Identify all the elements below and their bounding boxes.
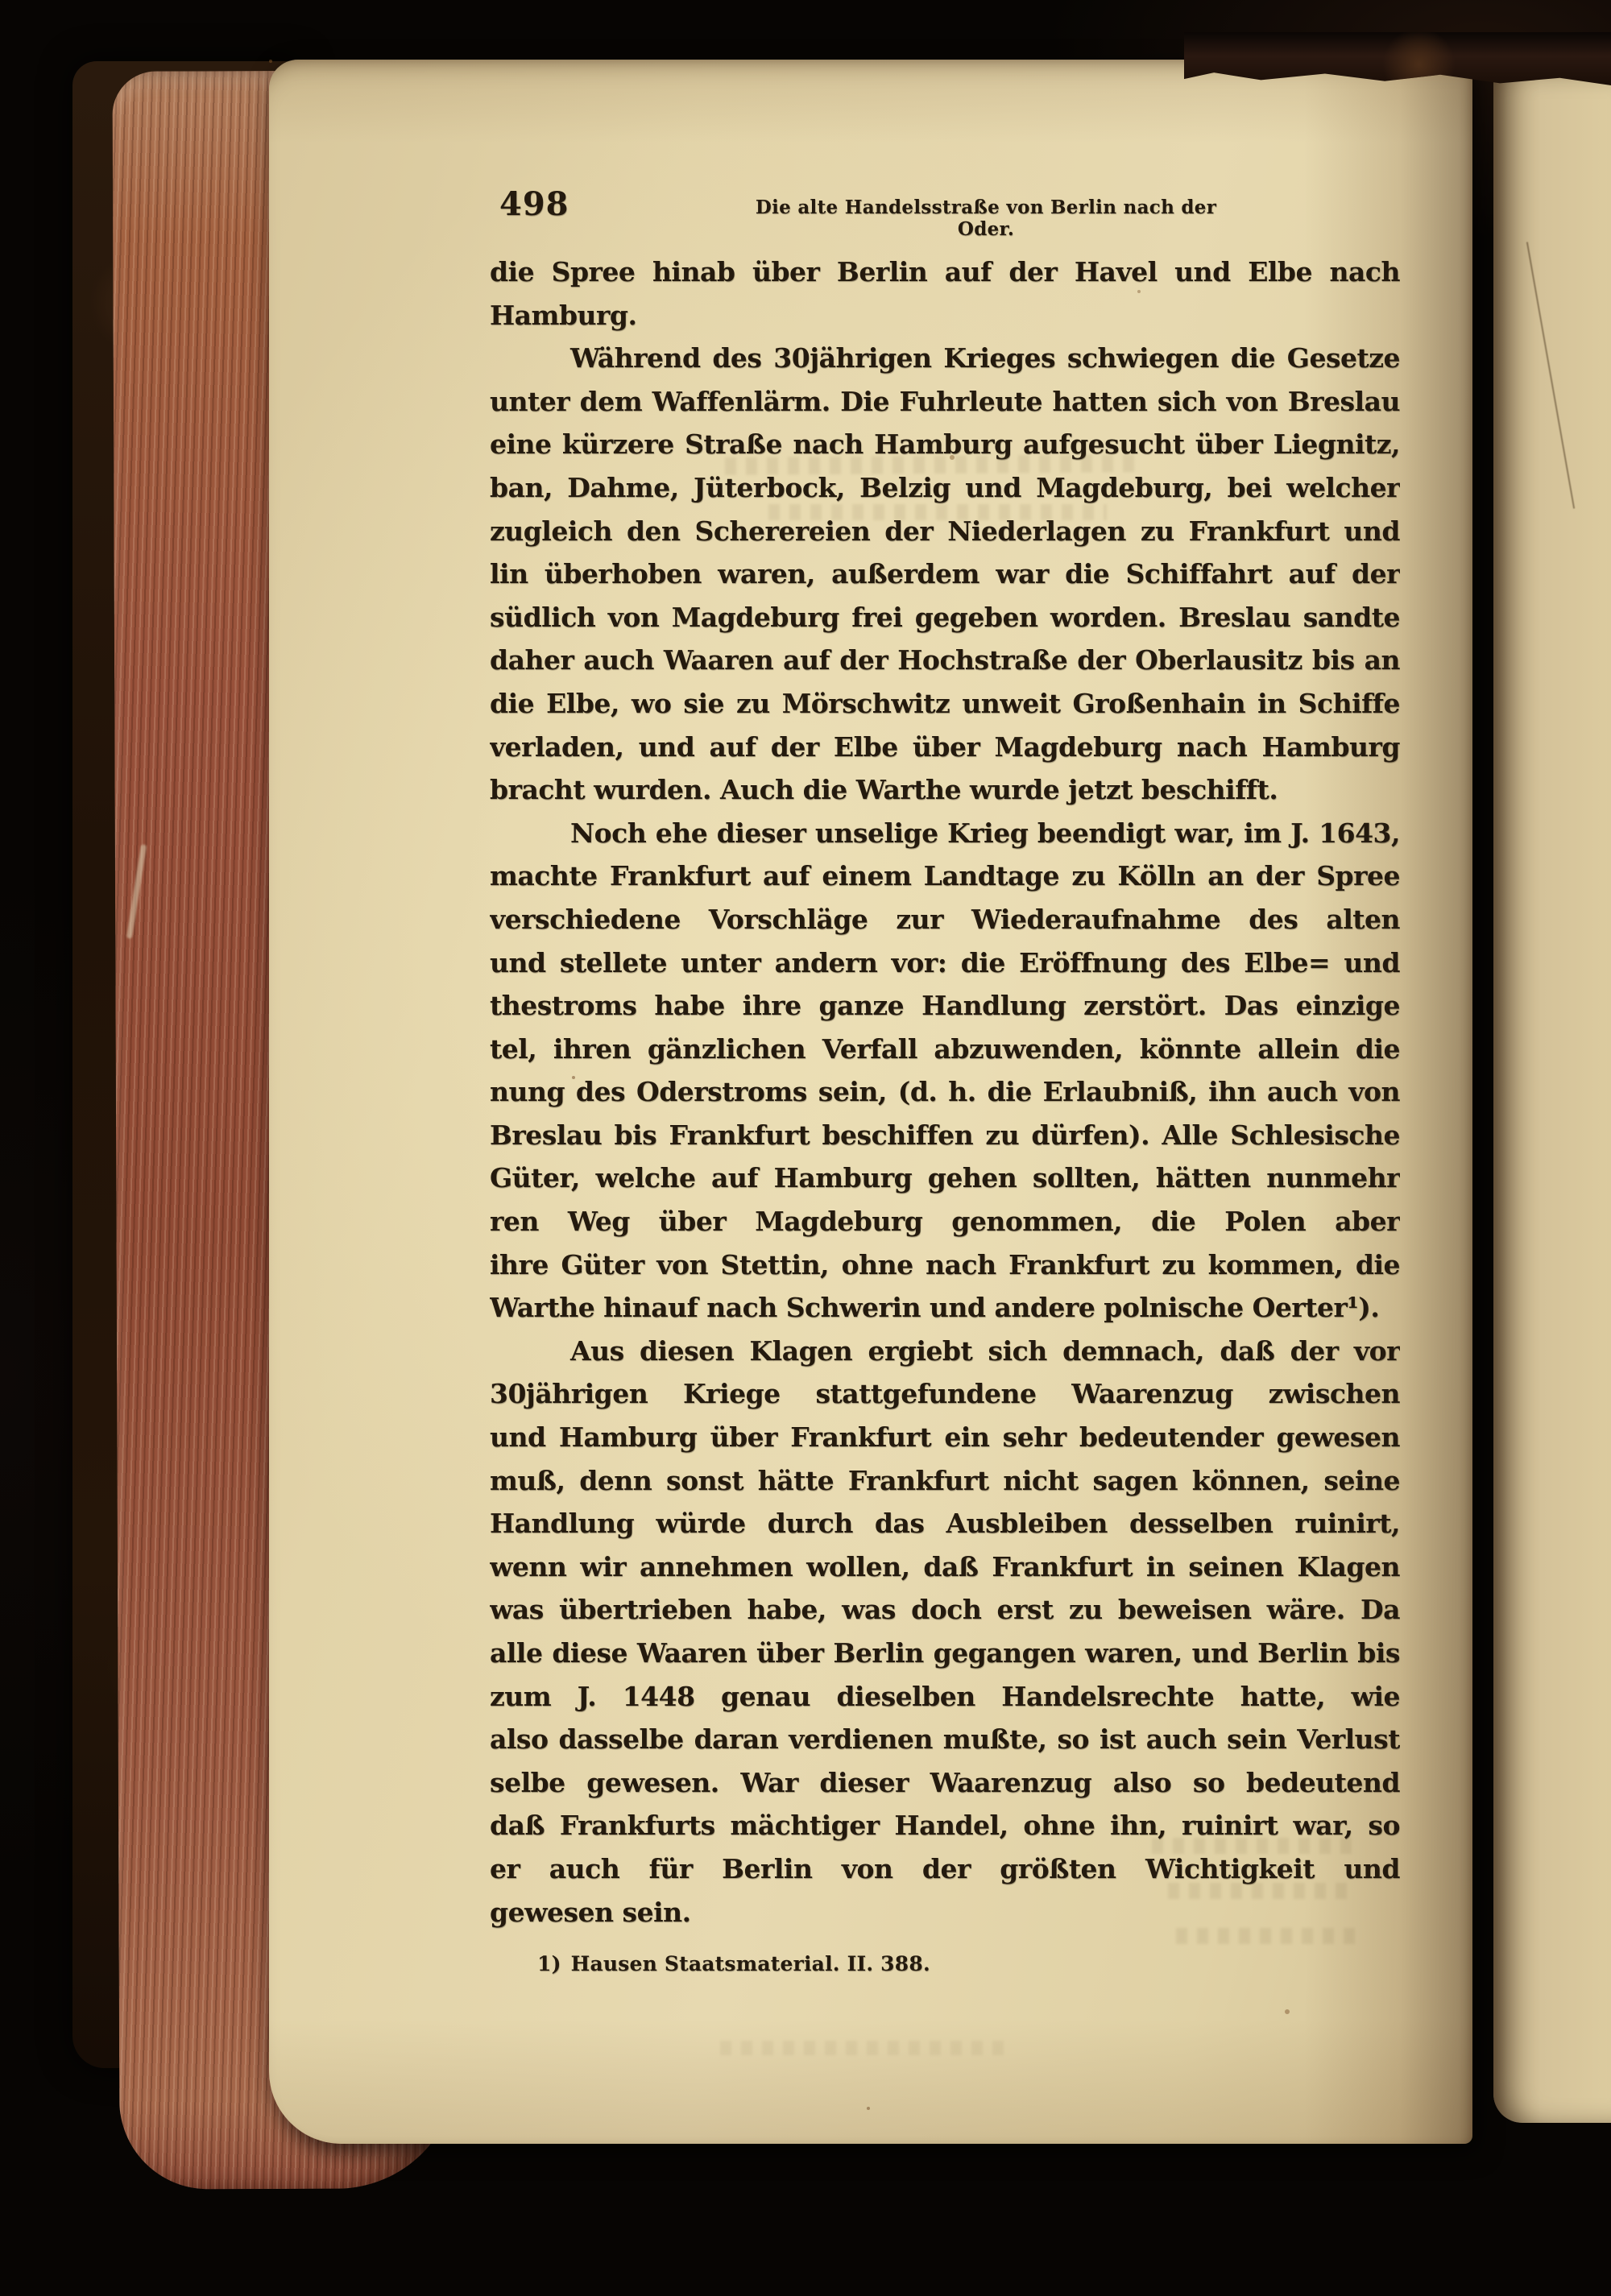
- text-line: also dasselbe daran verdienen mußte, so …: [490, 1718, 1400, 1761]
- footnote: 1)Hausen Staatsmaterial. II. 388.: [537, 1952, 930, 1975]
- show-through-smudge: [768, 504, 1107, 520]
- text-line: thestroms habe ihre ganze Handlung zerst…: [490, 984, 1400, 1028]
- text-line: muß, denn sonst hätte Frankfurt nicht sa…: [490, 1459, 1400, 1503]
- text-line: Handlung würde durch das Ausbleiben dess…: [490, 1502, 1400, 1545]
- text-line: die Elbe, wo sie zu Mörschwitz unweit Gr…: [490, 682, 1400, 726]
- book-scan: 498 Die alte Handelsstraße von Berlin na…: [0, 0, 1611, 2296]
- text-line: 30jährigen Kriege stattgefundene Waarenz…: [490, 1372, 1400, 1416]
- text-line: daher auch Waaren auf der Hochstraße der…: [490, 639, 1400, 682]
- text-line: verladen, und auf der Elbe über Magdebur…: [490, 726, 1400, 769]
- text-line: ihre Güter von Stettin, ohne nach Frankf…: [490, 1243, 1400, 1287]
- running-header: Die alte Handelsstraße von Berlin nach d…: [728, 197, 1244, 240]
- text-line: und stellete unter andern vor: die Eröff…: [490, 941, 1400, 985]
- text-line: tel, ihren gänzlichen Verfall abzuwenden…: [490, 1028, 1400, 1071]
- footnote-marker: 1): [537, 1952, 561, 1975]
- text-line: die Spree hinab über Berlin auf der Have…: [490, 250, 1400, 294]
- text-line: wenn wir annehmen wollen, daß Frankfurt …: [490, 1545, 1400, 1589]
- text-line: bracht wurden. Auch die Warthe wurde jet…: [490, 768, 1400, 812]
- text-line: südlich von Magdeburg frei gegeben worde…: [490, 596, 1400, 639]
- page-number: 498: [499, 185, 569, 223]
- text-line: was übertrieben habe, was doch erst zu b…: [490, 1588, 1400, 1632]
- show-through-smudge: [1152, 1838, 1353, 1854]
- text-line: Während des 30jährigen Krieges schwiegen…: [490, 337, 1400, 380]
- text-line: Breslau bis Frankfurt beschiffen zu dürf…: [490, 1114, 1400, 1157]
- text-line: Aus diesen Klagen ergiebt sich demnach, …: [490, 1330, 1400, 1373]
- text-line: Hamburg.: [490, 294, 1400, 337]
- show-through-smudge: [1176, 1928, 1355, 1944]
- text-line: unter dem Waffenlärm. Die Fuhrleute hatt…: [490, 380, 1400, 424]
- foxing-specks: [269, 60, 272, 63]
- text-line: nung des Oderstroms sein, (d. h. die Erl…: [490, 1070, 1400, 1114]
- text-line: lin überhoben waren, außerdem war die Sc…: [490, 552, 1400, 596]
- text-line: selbe gewesen. War dieser Waarenzug also…: [490, 1761, 1400, 1805]
- text-line: zum J. 1448 genau dieselben Handelsrecht…: [490, 1675, 1400, 1719]
- text-line: machte Frankfurt auf einem Landtage zu K…: [490, 854, 1400, 898]
- spine-top-band: [1184, 32, 1611, 85]
- body-text: die Spree hinab über Berlin auf der Have…: [490, 250, 1400, 1934]
- text-line: und Hamburg über Frankfurt ein sehr bede…: [490, 1416, 1400, 1459]
- show-through-smudge: [725, 454, 1144, 475]
- text-line: Warthe hinauf nach Schwerin und andere p…: [490, 1286, 1400, 1330]
- footnote-text: Hausen Staatsmaterial. II. 388.: [571, 1952, 930, 1975]
- text-line: Güter, welche auf Hamburg gehen sollten,…: [490, 1156, 1400, 1200]
- show-through-smudge: [1168, 1883, 1355, 1899]
- text-line: Noch ehe dieser unselige Krieg beendigt …: [490, 812, 1400, 855]
- text-line: ren Weg über Magdeburg genommen, die Pol…: [490, 1200, 1400, 1243]
- text-line: alle diese Waaren über Berlin gegangen w…: [490, 1632, 1400, 1675]
- text-line: verschiedene Vorschläge zur Wiederaufnah…: [490, 898, 1400, 941]
- book-page: 498 Die alte Handelsstraße von Berlin na…: [269, 60, 1472, 2144]
- show-through-smudge: [720, 2041, 1010, 2055]
